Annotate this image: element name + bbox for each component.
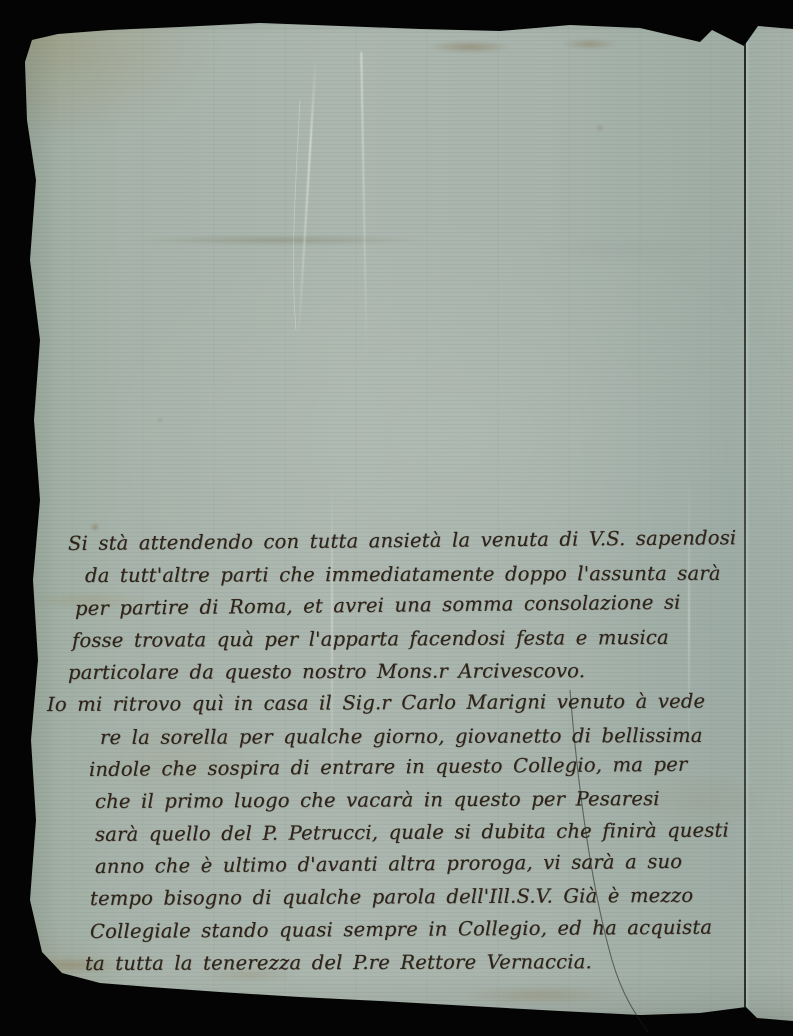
handwriting-line: tempo bisogno di qualche parola dell'Ill… bbox=[90, 880, 755, 916]
handwriting-line: anno che è ultimo d'avanti altra proroga… bbox=[95, 845, 755, 883]
handwritten-text-block: Si stà attendendo con tutta ansietà la v… bbox=[55, 528, 755, 980]
handwriting-line: ta tutta la tenerezza del P.re Rettore V… bbox=[85, 946, 755, 981]
handwriting-line: per partire di Roma, et avrei una somma … bbox=[75, 585, 755, 624]
handwriting-line: indole che sospira di entrare in questo … bbox=[89, 748, 755, 786]
manuscript-scan: Si stà attendendo con tutta ansietà la v… bbox=[0, 0, 793, 1036]
handwriting-line: particolare da questo nostro Mons.r Arci… bbox=[68, 655, 755, 690]
handwriting-line: Si stà attendendo con tutta ansietà la v… bbox=[68, 522, 755, 560]
handwriting-line: Collegiale stando quasi sempre in Colleg… bbox=[90, 911, 755, 948]
letter-page: Si stà attendendo con tutta ansietà la v… bbox=[0, 0, 793, 1036]
handwriting-line: che il primo luogo che vacarà in questo … bbox=[95, 783, 755, 819]
handwriting-line: fosse trovata quà per l'apparta facendos… bbox=[72, 621, 755, 657]
handwriting-line: Io mi ritrovo quì in casa il Sig.r Carlo… bbox=[47, 686, 755, 722]
